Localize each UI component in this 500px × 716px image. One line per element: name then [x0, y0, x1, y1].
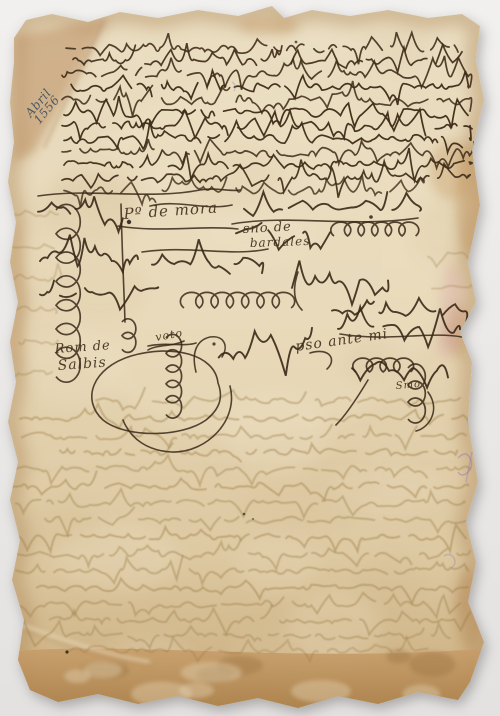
right-stain-3 — [456, 570, 484, 650]
legible-fragment-sig-smo: Smo — [395, 379, 421, 392]
left-edge-stain — [8, 220, 24, 380]
manuscript-page: Pº de morasno debardalesRom deSalbisvoto… — [0, 0, 500, 716]
ink-speck — [127, 220, 131, 224]
ink-speck — [243, 513, 246, 516]
ink-speck — [65, 650, 68, 653]
top-edge-stain — [238, 17, 298, 35]
manuscript-photo: Pº de morasno debardalesRom deSalbisvoto… — [0, 0, 500, 716]
ink-speck — [295, 41, 298, 44]
ink-speck — [369, 215, 373, 219]
ink-speck — [252, 518, 254, 520]
ink-speck — [212, 342, 215, 345]
legible-fragment-sig-salbis-2: Salbis — [57, 355, 107, 374]
legible-fragment-sig-bardales-2: bardales — [250, 234, 311, 250]
